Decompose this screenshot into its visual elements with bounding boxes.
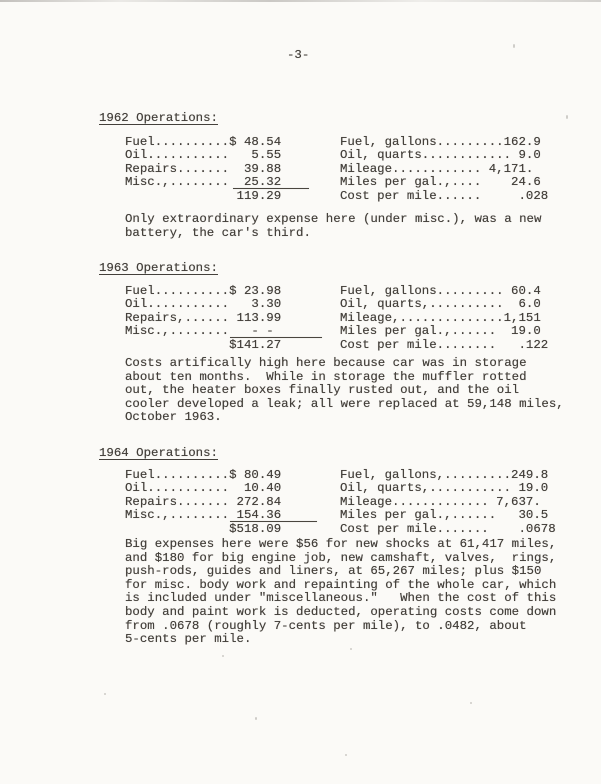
section-heading: 1963 Operations:	[99, 262, 218, 276]
paper-speck	[513, 44, 515, 48]
paper-speck	[222, 655, 224, 657]
section-heading: 1962 Operations:	[99, 112, 218, 126]
stats-table: Fuel, gallons......... 60.4 Oil, quarts,…	[340, 285, 548, 352]
total-underline	[230, 337, 322, 338]
page-number: -3-	[287, 49, 309, 63]
costs-table: Fuel..........$ 80.49 Oil........... 10.…	[125, 469, 281, 536]
paper-speck	[350, 648, 352, 650]
paper-speck	[345, 754, 347, 756]
costs-table: Fuel..........$ 23.98 Oil........... 3.3…	[125, 285, 281, 352]
section-note: Only extraordinary expense here (under m…	[125, 213, 541, 240]
section-1964-operations: 1964 Operations: Fuel..........$ 80.49 O…	[0, 447, 601, 667]
paper-speck	[104, 693, 106, 695]
section-note: Costs artifically high here because car …	[125, 357, 564, 425]
paper-speck	[255, 717, 257, 720]
costs-table: Fuel..........$ 48.54 Oil........... 5.5…	[125, 136, 281, 203]
section-heading: 1964 Operations:	[99, 447, 218, 461]
section-note: Big expenses here were $56 for new shock…	[125, 538, 556, 647]
total-underline	[230, 521, 317, 522]
document-page: -3- 1962 Operations: Fuel..........$ 48.…	[0, 0, 601, 784]
section-1963-operations: 1963 Operations: Fuel..........$ 23.98 O…	[0, 262, 601, 447]
section-1962-operations: 1962 Operations: Fuel..........$ 48.54 O…	[0, 112, 601, 262]
stats-table: Fuel, gallons,.........249.8 Oil, quarts…	[340, 469, 556, 536]
total-underline	[233, 188, 309, 189]
paper-speck	[566, 115, 568, 119]
scan-edge-artifact	[0, 0, 601, 2]
paper-speck	[470, 702, 472, 704]
stats-table: Fuel, gallons.........162.9 Oil, quarts.…	[340, 136, 548, 203]
